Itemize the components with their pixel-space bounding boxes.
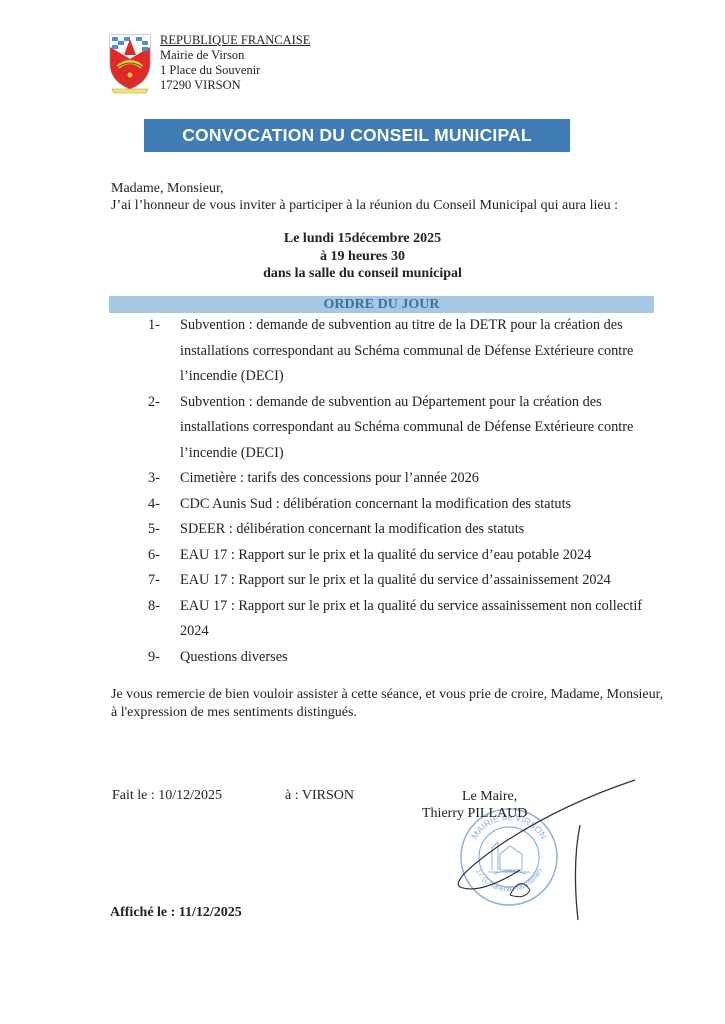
- closing-text: Je vous remercie de bien vouloir assiste…: [111, 686, 671, 722]
- agenda-item-text: EAU 17 : Rapport sur le prix et la quali…: [180, 594, 658, 645]
- agenda-list: 1-Subvention : demande de subvention au …: [148, 313, 658, 670]
- coat-of-arms-icon: [106, 33, 154, 93]
- agenda-item: 7-EAU 17 : Rapport sur le prix et la qua…: [148, 568, 658, 594]
- salutation: Madame, Monsieur,: [111, 180, 618, 197]
- agenda-heading: ORDRE DU JOUR: [109, 296, 654, 313]
- mairie-name: Mairie de Virson: [160, 48, 310, 63]
- meeting-time: à 19 heures 30: [0, 248, 725, 266]
- agenda-item: 9-Questions diverses: [148, 645, 658, 671]
- meeting-details: Le lundi 15décembre 2025 à 19 heures 30 …: [0, 230, 725, 283]
- posted-date: Affiché le : 11/12/2025: [110, 905, 242, 921]
- agenda-item-number: 1-: [148, 313, 180, 390]
- signature-icon: [440, 775, 640, 925]
- agenda-item-text: EAU 17 : Rapport sur le prix et la quali…: [180, 568, 658, 594]
- agenda-item-number: 3-: [148, 466, 180, 492]
- street-address: 1 Place du Souvenir: [160, 63, 310, 78]
- document-title: CONVOCATION DU CONSEIL MUNICIPAL: [144, 119, 570, 152]
- agenda-item: 4-CDC Aunis Sud : délibération concernan…: [148, 492, 658, 518]
- agenda-item-text: Subvention : demande de subvention au Dé…: [180, 390, 658, 467]
- agenda-item-number: 5-: [148, 517, 180, 543]
- agenda-item: 1-Subvention : demande de subvention au …: [148, 313, 658, 390]
- agenda-item-text: CDC Aunis Sud : délibération concernant …: [180, 492, 658, 518]
- agenda-item-number: 7-: [148, 568, 180, 594]
- agenda-item-text: Subvention : demande de subvention au ti…: [180, 313, 658, 390]
- agenda-item: 3-Cimetière : tarifs des concessions pou…: [148, 466, 658, 492]
- address-block: REPUBLIQUE FRANCAISE Mairie de Virson 1 …: [160, 33, 310, 93]
- agenda-item-number: 4-: [148, 492, 180, 518]
- intro-text: J’ai l’honneur de vous inviter à partici…: [111, 197, 618, 214]
- agenda-item-number: 6-: [148, 543, 180, 569]
- meeting-place: dans la salle du conseil municipal: [0, 265, 725, 283]
- made-at-place: à : VIRSON: [285, 788, 354, 804]
- agenda-item: 2-Subvention : demande de subvention au …: [148, 390, 658, 467]
- agenda-item: 8-EAU 17 : Rapport sur le prix et la qua…: [148, 594, 658, 645]
- agenda-item: 5-SDEER : délibération concernant la mod…: [148, 517, 658, 543]
- agenda-item-number: 8-: [148, 594, 180, 645]
- agenda-item-text: SDEER : délibération concernant la modif…: [180, 517, 658, 543]
- agenda-item: 6-EAU 17 : Rapport sur le prix et la qua…: [148, 543, 658, 569]
- city-address: 17290 VIRSON: [160, 78, 310, 93]
- intro: Madame, Monsieur, J’ai l’honneur de vous…: [111, 180, 618, 214]
- meeting-date: Le lundi 15décembre 2025: [0, 230, 725, 248]
- agenda-item-text: EAU 17 : Rapport sur le prix et la quali…: [180, 543, 658, 569]
- made-on-date: Fait le : 10/12/2025: [112, 788, 222, 804]
- agenda-item-number: 9-: [148, 645, 180, 671]
- agenda-item-text: Questions diverses: [180, 645, 658, 671]
- agenda-item-text: Cimetière : tarifs des concessions pour …: [180, 466, 658, 492]
- republic-label: REPUBLIQUE FRANCAISE: [160, 33, 310, 48]
- letterhead: REPUBLIQUE FRANCAISE Mairie de Virson 1 …: [106, 33, 310, 93]
- agenda-item-number: 2-: [148, 390, 180, 467]
